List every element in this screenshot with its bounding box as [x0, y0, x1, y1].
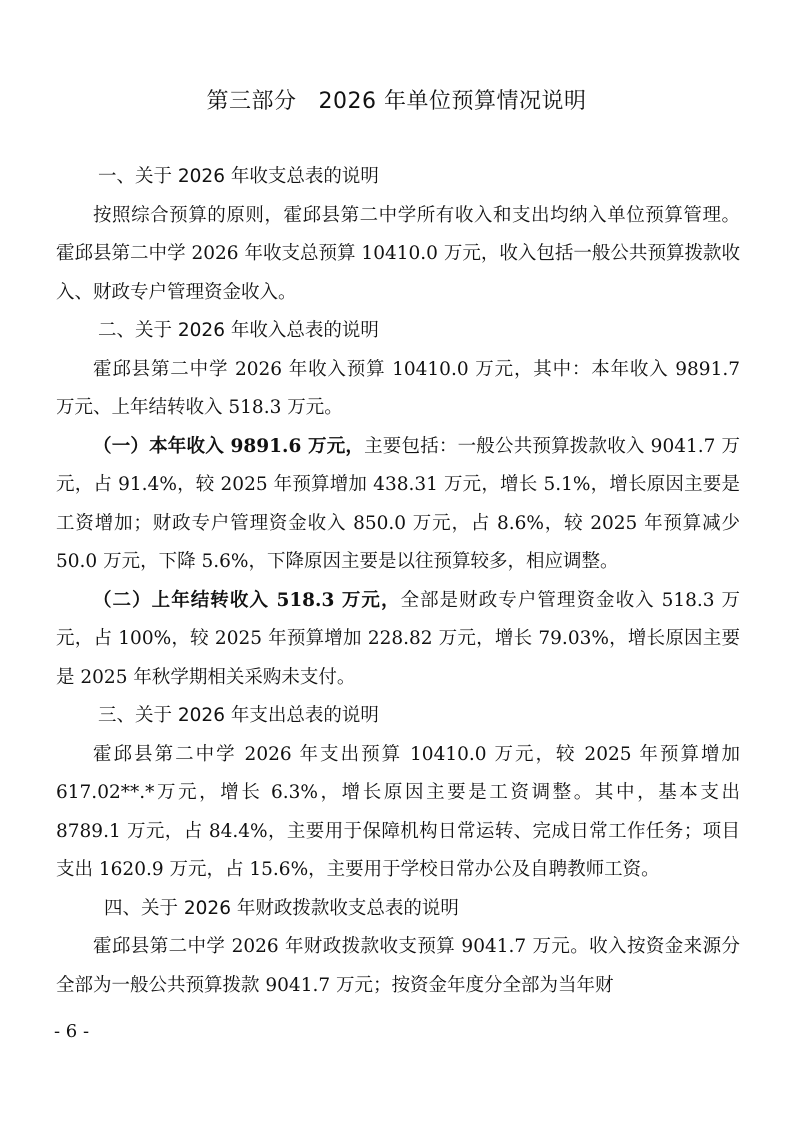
title-part: 第三部分 — [207, 89, 297, 114]
section-2-subsection-1: （一）本年收入 9891.6 万元，主要包括：一般公共预算拨款收入 9041.7… — [56, 428, 740, 582]
section-3-paragraph: 霍邱县第二中学 2026 年支出预算 10410.0 万元，较 2025 年预算… — [56, 736, 740, 890]
section-2-paragraph: 霍邱县第二中学 2026 年收入预算 10410.0 万元，其中：本年收入 98… — [56, 351, 740, 428]
section-2-subsection-2: （二）上年结转收入 518.3 万元，全部是财政专户管理资金收入 518.3 万… — [56, 582, 740, 698]
page-number: - 6 - — [54, 1021, 89, 1042]
page-title: 第三部分2026 年单位预算情况说明 — [0, 84, 793, 115]
subsection-1-lead: （一）本年收入 9891.6 万元， — [93, 436, 364, 457]
section-heading-3: 三、关于 2026 年支出总表的说明 — [56, 697, 740, 736]
document-body: 一、关于 2026 年收支总表的说明 按照综合预算的原则，霍邱县第二中学所有收入… — [56, 158, 740, 1005]
section-heading-4: 四、关于 2026 年财政拨款收支总表的说明 — [56, 890, 740, 929]
section-4-paragraph: 霍邱县第二中学 2026 年财政拨款收支预算 9041.7 万元。收入按资金来源… — [56, 928, 740, 1005]
section-heading-2: 二、关于 2026 年收入总表的说明 — [56, 312, 740, 351]
title-main: 2026 年单位预算情况说明 — [319, 89, 587, 114]
subsection-2-lead: （二）上年结转收入 518.3 万元， — [93, 590, 401, 611]
document-page: 第三部分2026 年单位预算情况说明 一、关于 2026 年收支总表的说明 按照… — [0, 0, 793, 1122]
section-heading-1: 一、关于 2026 年收支总表的说明 — [56, 158, 740, 197]
section-1-paragraph: 按照综合预算的原则，霍邱县第二中学所有收入和支出均纳入单位预算管理。霍邱县第二中… — [56, 197, 740, 313]
